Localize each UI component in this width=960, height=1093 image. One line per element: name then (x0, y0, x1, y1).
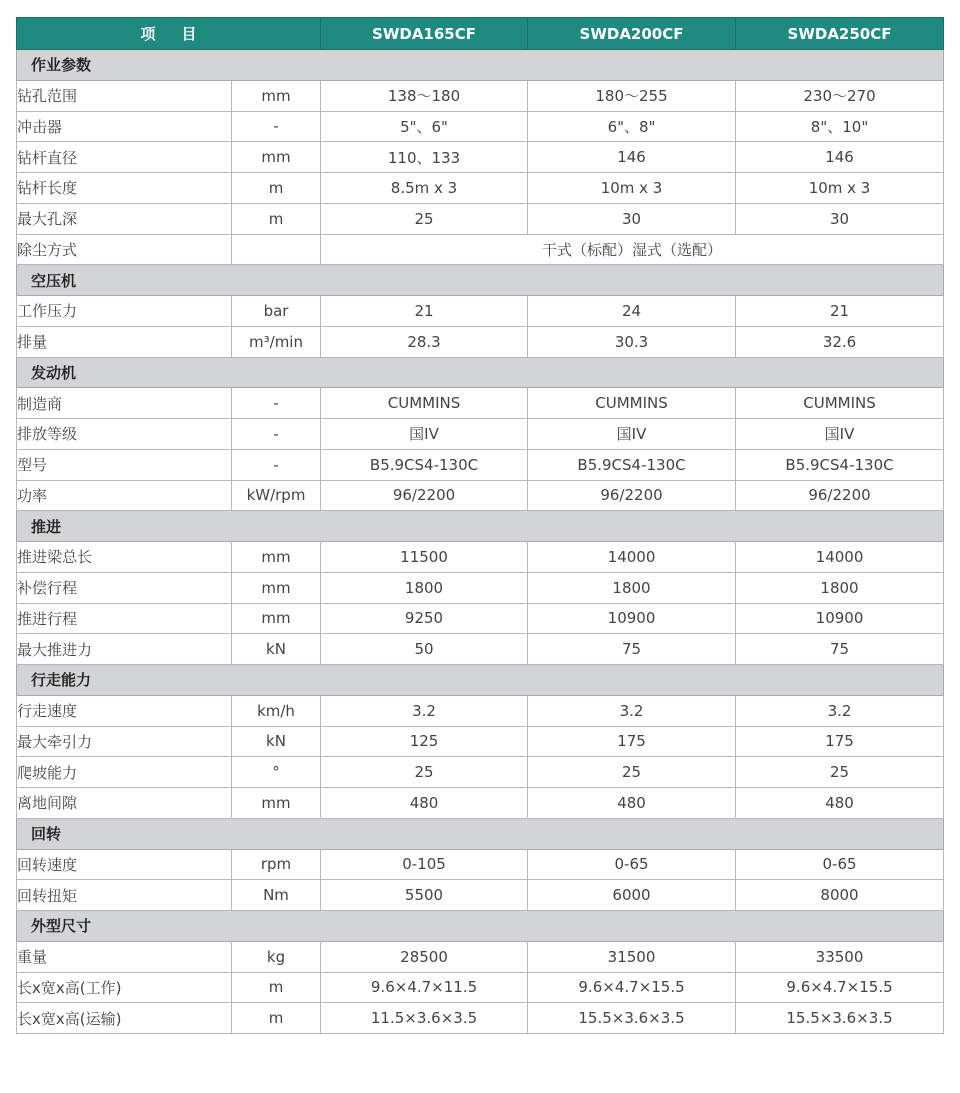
param-value-model-1: 5500 (321, 880, 528, 911)
param-value-model-3: 8000 (736, 880, 944, 911)
table-row: 钻杆长度m8.5m x 310m x 310m x 3 (17, 173, 944, 204)
param-unit: ° (232, 757, 321, 788)
param-value-model-2: 30 (528, 203, 736, 234)
param-value-model-1: 480 (321, 788, 528, 819)
section-title: 行走能力 (17, 665, 944, 696)
param-name: 推进梁总长 (17, 542, 232, 573)
param-value-model-2: 10m x 3 (528, 173, 736, 204)
table-row: 长x宽x高(工作)m9.6×4.7×11.59.6×4.7×15.59.6×4.… (17, 972, 944, 1003)
section-row: 回转 (17, 818, 944, 849)
param-value-model-1: B5.9CS4-130C (321, 449, 528, 480)
param-value-model-3: 1800 (736, 572, 944, 603)
param-value-model-3: 175 (736, 726, 944, 757)
param-value-model-1: 8.5m x 3 (321, 173, 528, 204)
param-value-model-2: 0-65 (528, 849, 736, 880)
section-row: 作业参数 (17, 50, 944, 81)
spec-body: 作业参数钻孔范围mm138～180180～255230～270冲击器-5"、6"… (17, 50, 944, 1034)
table-row: 工作压力bar212421 (17, 296, 944, 327)
table-row: 离地间隙mm480480480 (17, 788, 944, 819)
param-name: 排放等级 (17, 419, 232, 450)
param-value-model-2: 480 (528, 788, 736, 819)
param-unit: km/h (232, 695, 321, 726)
table-row: 爬坡能力°252525 (17, 757, 944, 788)
header-model-2: SWDA200CF (528, 18, 736, 50)
section-row: 推进 (17, 511, 944, 542)
param-value-model-3: 国IV (736, 419, 944, 450)
param-unit: - (232, 419, 321, 450)
param-value-model-1: 25 (321, 757, 528, 788)
param-value-model-1: 9250 (321, 603, 528, 634)
param-name: 爬坡能力 (17, 757, 232, 788)
table-row: 除尘方式干式（标配）湿式（选配） (17, 234, 944, 265)
header-row: 项目 SWDA165CF SWDA200CF SWDA250CF (17, 18, 944, 50)
param-value-model-3: 96/2200 (736, 480, 944, 511)
param-name: 离地间隙 (17, 788, 232, 819)
param-value-model-2: 1800 (528, 572, 736, 603)
param-name: 型号 (17, 449, 232, 480)
param-name: 回转扭矩 (17, 880, 232, 911)
param-value-merged: 干式（标配）湿式（选配） (321, 234, 944, 265)
param-value-model-3: 30 (736, 203, 944, 234)
section-title: 推进 (17, 511, 944, 542)
section-row: 发动机 (17, 357, 944, 388)
param-name: 最大牵引力 (17, 726, 232, 757)
section-title: 外型尺寸 (17, 911, 944, 942)
param-value-model-3: 3.2 (736, 695, 944, 726)
param-unit: mm (232, 572, 321, 603)
param-value-model-2: 3.2 (528, 695, 736, 726)
table-row: 补偿行程mm180018001800 (17, 572, 944, 603)
param-value-model-2: 25 (528, 757, 736, 788)
table-row: 最大推进力kN507575 (17, 634, 944, 665)
param-value-model-1: 1800 (321, 572, 528, 603)
table-row: 回转扭矩Nm550060008000 (17, 880, 944, 911)
param-unit: m (232, 1003, 321, 1034)
param-name: 最大推进力 (17, 634, 232, 665)
param-value-model-3: 75 (736, 634, 944, 665)
param-value-model-2: 6000 (528, 880, 736, 911)
param-value-model-3: 32.6 (736, 326, 944, 357)
param-name: 制造商 (17, 388, 232, 419)
param-unit: bar (232, 296, 321, 327)
param-name: 排量 (17, 326, 232, 357)
param-unit: mm (232, 542, 321, 573)
param-unit: - (232, 449, 321, 480)
param-name: 冲击器 (17, 111, 232, 142)
param-value-model-2: 6"、8" (528, 111, 736, 142)
param-value-model-3: 21 (736, 296, 944, 327)
param-unit: mm (232, 142, 321, 173)
param-value-model-2: 30.3 (528, 326, 736, 357)
param-unit: mm (232, 788, 321, 819)
param-value-model-1: 110、133 (321, 142, 528, 173)
param-unit: m (232, 173, 321, 204)
param-unit: mm (232, 80, 321, 111)
param-value-model-1: 21 (321, 296, 528, 327)
table-row: 推进梁总长mm115001400014000 (17, 542, 944, 573)
header-model-3: SWDA250CF (736, 18, 944, 50)
param-name: 功率 (17, 480, 232, 511)
param-value-model-3: 33500 (736, 941, 944, 972)
param-name: 长x宽x高(工作) (17, 972, 232, 1003)
param-unit: kW/rpm (232, 480, 321, 511)
param-unit (232, 234, 321, 265)
header-item: 项目 (17, 18, 321, 50)
param-value-model-2: 24 (528, 296, 736, 327)
table-row: 型号-B5.9CS4-130CB5.9CS4-130CB5.9CS4-130C (17, 449, 944, 480)
param-unit: - (232, 388, 321, 419)
param-value-model-3: 15.5×3.6×3.5 (736, 1003, 944, 1034)
param-name: 除尘方式 (17, 234, 232, 265)
param-name: 回转速度 (17, 849, 232, 880)
param-value-model-3: 25 (736, 757, 944, 788)
param-name: 钻杆长度 (17, 173, 232, 204)
param-value-model-1: 125 (321, 726, 528, 757)
param-name: 钻孔范围 (17, 80, 232, 111)
param-value-model-1: 28.3 (321, 326, 528, 357)
section-row: 外型尺寸 (17, 911, 944, 942)
param-value-model-3: 8"、10" (736, 111, 944, 142)
table-row: 回转速度rpm0-1050-650-65 (17, 849, 944, 880)
section-row: 行走能力 (17, 665, 944, 696)
table-row: 功率kW/rpm96/220096/220096/2200 (17, 480, 944, 511)
param-value-model-2: 31500 (528, 941, 736, 972)
param-value-model-3: 10m x 3 (736, 173, 944, 204)
param-value-model-1: 28500 (321, 941, 528, 972)
table-row: 行走速度km/h3.23.23.2 (17, 695, 944, 726)
param-name: 重量 (17, 941, 232, 972)
param-value-model-2: 146 (528, 142, 736, 173)
table-row: 最大孔深m253030 (17, 203, 944, 234)
spec-table: 项目 SWDA165CF SWDA200CF SWDA250CF 作业参数钻孔范… (16, 17, 944, 1034)
table-row: 制造商-CUMMINSCUMMINSCUMMINS (17, 388, 944, 419)
param-value-model-2: 75 (528, 634, 736, 665)
param-unit: Nm (232, 880, 321, 911)
param-name: 补偿行程 (17, 572, 232, 603)
param-value-model-1: CUMMINS (321, 388, 528, 419)
param-value-model-2: B5.9CS4-130C (528, 449, 736, 480)
param-name: 推进行程 (17, 603, 232, 634)
param-value-model-2: 14000 (528, 542, 736, 573)
param-unit: rpm (232, 849, 321, 880)
param-value-model-1: 0-105 (321, 849, 528, 880)
param-value-model-3: 230～270 (736, 80, 944, 111)
table-row: 钻杆直径mm110、133146146 (17, 142, 944, 173)
param-unit: kN (232, 634, 321, 665)
param-value-model-3: 146 (736, 142, 944, 173)
table-row: 推进行程mm92501090010900 (17, 603, 944, 634)
param-value-model-2: CUMMINS (528, 388, 736, 419)
section-title: 空压机 (17, 265, 944, 296)
param-value-model-3: 10900 (736, 603, 944, 634)
param-value-model-2: 10900 (528, 603, 736, 634)
param-value-model-3: 9.6×4.7×15.5 (736, 972, 944, 1003)
param-value-model-3: CUMMINS (736, 388, 944, 419)
param-value-model-3: 14000 (736, 542, 944, 573)
param-value-model-2: 180～255 (528, 80, 736, 111)
section-row: 空压机 (17, 265, 944, 296)
param-name: 最大孔深 (17, 203, 232, 234)
param-value-model-1: 138～180 (321, 80, 528, 111)
param-value-model-1: 5"、6" (321, 111, 528, 142)
param-value-model-1: 25 (321, 203, 528, 234)
table-row: 最大牵引力kN125175175 (17, 726, 944, 757)
param-name: 工作压力 (17, 296, 232, 327)
section-title: 作业参数 (17, 50, 944, 81)
param-value-model-1: 3.2 (321, 695, 528, 726)
param-value-model-1: 11500 (321, 542, 528, 573)
param-value-model-2: 国IV (528, 419, 736, 450)
param-unit: m (232, 972, 321, 1003)
param-value-model-1: 11.5×3.6×3.5 (321, 1003, 528, 1034)
param-unit: kg (232, 941, 321, 972)
param-unit: mm (232, 603, 321, 634)
param-value-model-2: 96/2200 (528, 480, 736, 511)
param-value-model-1: 国IV (321, 419, 528, 450)
table-row: 排量m³/min28.330.332.6 (17, 326, 944, 357)
table-row: 排放等级-国IV国IV国IV (17, 419, 944, 450)
param-unit: m (232, 203, 321, 234)
param-name: 长x宽x高(运输) (17, 1003, 232, 1034)
table-row: 冲击器-5"、6"6"、8"8"、10" (17, 111, 944, 142)
param-value-model-1: 50 (321, 634, 528, 665)
param-unit: kN (232, 726, 321, 757)
section-title: 发动机 (17, 357, 944, 388)
section-title: 回转 (17, 818, 944, 849)
param-value-model-2: 175 (528, 726, 736, 757)
table-row: 重量kg285003150033500 (17, 941, 944, 972)
param-value-model-3: B5.9CS4-130C (736, 449, 944, 480)
param-value-model-2: 15.5×3.6×3.5 (528, 1003, 736, 1034)
param-unit: m³/min (232, 326, 321, 357)
param-value-model-1: 96/2200 (321, 480, 528, 511)
table-row: 钻孔范围mm138～180180～255230～270 (17, 80, 944, 111)
param-value-model-2: 9.6×4.7×15.5 (528, 972, 736, 1003)
param-value-model-1: 9.6×4.7×11.5 (321, 972, 528, 1003)
param-name: 钻杆直径 (17, 142, 232, 173)
header-model-1: SWDA165CF (321, 18, 528, 50)
param-value-model-3: 0-65 (736, 849, 944, 880)
param-name: 行走速度 (17, 695, 232, 726)
table-row: 长x宽x高(运输)m11.5×3.6×3.515.5×3.6×3.515.5×3… (17, 1003, 944, 1034)
param-unit: - (232, 111, 321, 142)
param-value-model-3: 480 (736, 788, 944, 819)
